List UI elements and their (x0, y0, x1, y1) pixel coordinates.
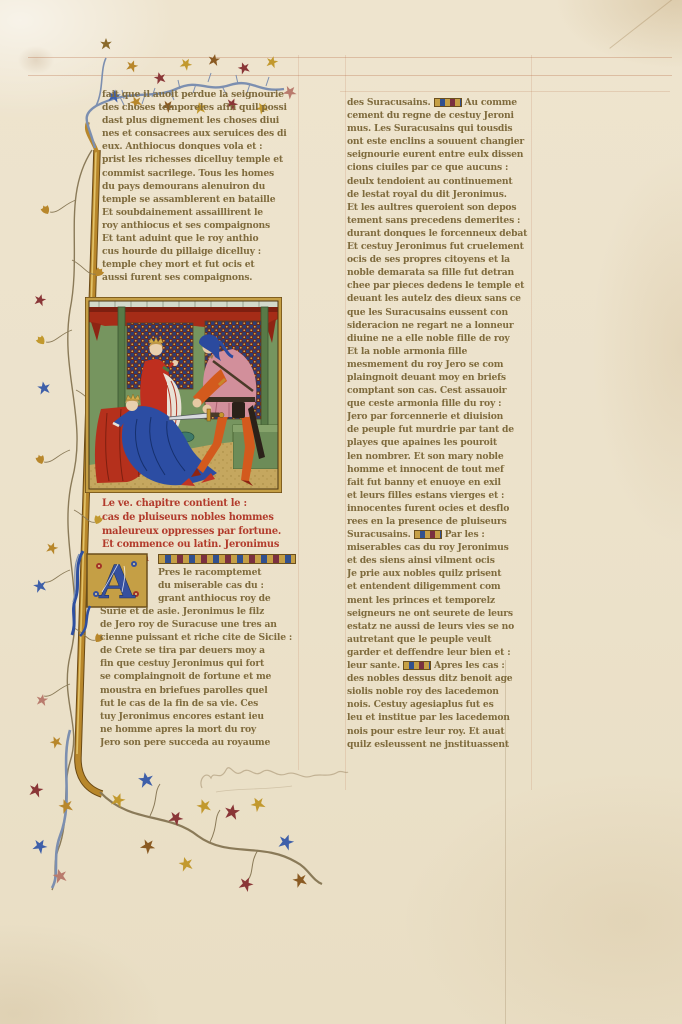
text-line: siolis noble roy des lacedemon (347, 685, 543, 698)
text-line: cement du regne de cestuy Jeroni (347, 109, 543, 122)
text-line: Et cestuy Jeronimus fut cruelement (347, 240, 543, 253)
manuscript-page: fait que il auoit perdue la seignouriede… (0, 0, 682, 1024)
text-line: que les Suracusains eussent con (347, 306, 543, 319)
text-line: Et tant aduint que le roy anthio (102, 232, 296, 245)
text-line: miserables cas du roy Jeronimus (347, 541, 543, 554)
text-line: temple chey mort et fut ocis et (102, 258, 296, 271)
text-line: maleureux oppresses par fortune. (102, 525, 296, 539)
text-line: Le ve. chapitre contient le : (102, 497, 296, 511)
text-line: nois. Cestuy agesiaplus fut es (347, 698, 543, 711)
text-line: prist les richesses dicelluy temple et (102, 153, 296, 166)
text-line: mesmement du roy Jero se com (347, 358, 543, 371)
right-column-section-1: cement du regne de cestuy Jeronimus. Les… (347, 109, 543, 345)
text-line: ne homme apres la mort du roy (100, 723, 296, 736)
right-column-section-2: Et la noble armonia fillemesmement du ro… (347, 345, 543, 528)
text-line: cienne puissant et riche cite de Sicile … (100, 631, 296, 644)
text-line: du miserable cas du : (158, 579, 296, 592)
text-line: rees en la presence de pluiseurs (347, 515, 543, 528)
text-line: noble demarata sa fille fut detran (347, 266, 543, 279)
text-line: Surie et de asie. Jeronimus le filz (100, 605, 296, 618)
text-line: tement sans precedens demerites : (347, 214, 543, 227)
text-line: homme et innocent de tout mef (347, 463, 543, 476)
text-line: fin que cestuy Jeronimus qui fort (100, 657, 296, 670)
line-filler-ornament (414, 530, 442, 539)
text-line: Et soubdainement assaillirent le (102, 206, 296, 219)
text-line: et leurs filles estans vierges et : (347, 489, 543, 502)
left-text-column-paragraph-1: fait que il auoit perdue la seignouriede… (102, 88, 296, 284)
text-line: aussi furent ses compaignons. (102, 271, 296, 284)
text-line: cas de pluiseurs nobles hommes (102, 511, 296, 525)
text-line: autretant que le peuple veult (347, 633, 543, 646)
text-line: de peuple fut murdrie par tant de (347, 423, 543, 436)
text-line-with-filler: leur sante.Apres les cas : (347, 659, 543, 672)
text-segment: Suracusains. (347, 529, 411, 540)
miniature-assassination-scene (85, 297, 282, 493)
text-line: de Jero roy de Suracuse une tres an (100, 618, 296, 631)
left-text-paragraph-2-head: Pres le racomptemetdu miserable cas du :… (158, 566, 296, 605)
text-line: deuant les autelz des dieux sans ce (347, 292, 543, 305)
initial-letter: A (98, 555, 136, 609)
text-line: fait que il auoit perdue la seignourie (102, 88, 296, 101)
text-line: seignourie eurent entre eulx dissen (347, 148, 543, 161)
text-segment: Au comme (465, 97, 517, 108)
text-line: nes et consacrees aux seruices des di (102, 127, 296, 140)
text-line: sideracion ne regart ne a lonneur (347, 319, 543, 332)
text-segment: Apres les cas : (434, 660, 505, 671)
text-line: durant donques le forcenneux debat (347, 227, 543, 240)
right-text-column: des Suracusains.Au comme cement du regne… (347, 96, 543, 751)
text-line: plaingnoit deuant moy en briefs (347, 371, 543, 384)
text-line: des choses temporeles afin quil possi (102, 101, 296, 114)
text-line: grant anthiocus roy de (158, 592, 296, 605)
handwritten-signature (196, 748, 351, 800)
text-line: des nobles dessus ditz benoit age (347, 672, 543, 685)
text-line: se complaingnoit de fortune et me (100, 670, 296, 683)
text-line: ocis de ses propres citoyens et la (347, 253, 543, 266)
line-filler-ornament (434, 98, 462, 107)
left-text-paragraph-2: Surie et de asie. Jeronimus le filzde Je… (100, 605, 296, 749)
text-line: Pres le racomptemet (158, 566, 296, 579)
text-line: du pays demourans alenuiron du (102, 180, 296, 193)
text-line: seigneurs ne ont seurete de leurs (347, 607, 543, 620)
text-line: cus hourde du pillaige dicelluy : (102, 245, 296, 258)
text-line: moustra en briefues parolles quel (100, 684, 296, 697)
text-line: de Crete se tira par deuers moy a (100, 644, 296, 657)
text-line: innocentes furent ocies et desflo (347, 502, 543, 515)
text-line: dast plus dignement les choses diui (102, 114, 296, 127)
text-line: eux. Anthiocus donques vola et : (102, 140, 296, 153)
text-line: Jero par forcennerie et diuision (347, 410, 543, 423)
text-line: tuy Jeronimus encores estant ieu (100, 710, 296, 723)
text-line: ont este enclins a souuent changier (347, 135, 543, 148)
text-line: len nombrer. Et son mary noble (347, 450, 543, 463)
text-line: fait fut banny et enuoye en exil (347, 476, 543, 489)
right-column-section-4: des nobles dessus ditz benoit agesiolis … (347, 672, 543, 751)
text-line: deulx tendoient au continuement (347, 175, 543, 188)
text-line-with-filler: des Suracusains.Au comme (347, 96, 543, 109)
text-line: Et la noble armonia fille (347, 345, 543, 358)
text-line: fut le cas de la fin de sa vie. Ces (100, 697, 296, 710)
line-filler-ornament (403, 661, 431, 670)
text-line: et des siens ainsi vilment ocis (347, 554, 543, 567)
text-line: Et les aultres queroient son depos (347, 201, 543, 214)
text-segment: Par les : (445, 529, 485, 540)
text-line: leu et institue par les lacedemon (347, 711, 543, 724)
text-line: quilz esleussent ne jnstituassent (347, 738, 543, 751)
text-line: roy anthiocus et ses compaignons (102, 219, 296, 232)
text-line: mus. Les Suracusains qui tousdis (347, 122, 543, 135)
text-line: cions ciuiles par ce que aucuns : (347, 161, 543, 174)
text-line: temple se assamblerent en bataille (102, 193, 296, 206)
text-line: comptant son cas. Cest assauoir (347, 384, 543, 397)
text-line: estatz ne aussi de leurs vies se no (347, 620, 543, 633)
text-segment: leur sante. (347, 660, 400, 671)
text-line: chee par pieces dedens le temple et (347, 279, 543, 292)
text-line: que ceste armonia fille du roy : (347, 397, 543, 410)
text-line-with-filler: Suracusains.Par les : (347, 528, 543, 541)
right-column-section-3: miserables cas du roy Jeronimuset des si… (347, 541, 543, 659)
text-line: playes que apaines les pouroit (347, 436, 543, 449)
text-line: garder et deffendre leur bien et : (347, 646, 543, 659)
text-line: commist sacrilege. Tous les homes (102, 167, 296, 180)
text-line: ment les princes et temporelz (347, 594, 543, 607)
line-filler-ornament (158, 554, 296, 564)
text-line: nois pour estre leur roy. Et auat (347, 725, 543, 738)
text-line: Je prie aux nobles quilz prisent (347, 567, 543, 580)
text-line: et entendent diligemment com (347, 580, 543, 593)
text-line: diuine ne a elle noble fille de roy (347, 332, 543, 345)
text-segment: des Suracusains. (347, 97, 431, 108)
text-line: de lestat royal du dit Jeronimus. (347, 188, 543, 201)
